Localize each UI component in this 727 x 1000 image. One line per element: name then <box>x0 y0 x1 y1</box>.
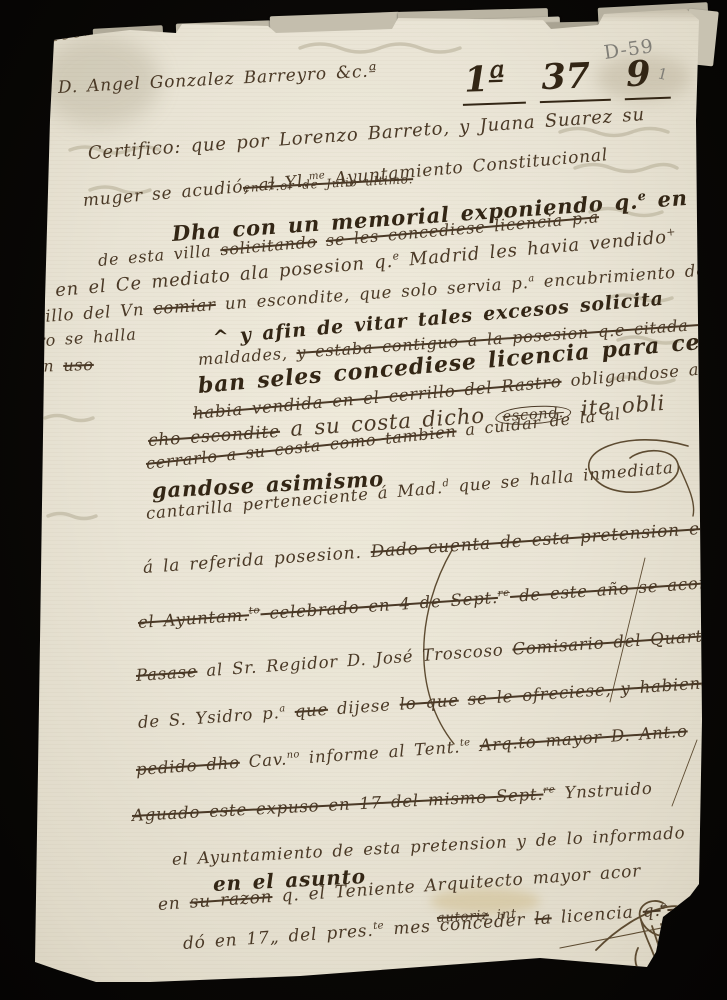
handwritten-text: en <box>646 185 689 213</box>
manuscript-line: en uso <box>33 355 94 376</box>
handwritten-text: tro se halla <box>29 325 137 351</box>
struck-text: Dado cuenta de esta pretension en <box>370 518 712 562</box>
struck-text: lo que <box>399 691 459 714</box>
handwritten-text: dijese <box>327 695 400 719</box>
handwritten-text: + <box>666 225 676 239</box>
struck-text: Arq.to mayor D. Ant.o <box>479 721 688 755</box>
handwritten-text: me <box>308 170 325 182</box>
handwritten-text: al Sr. Regidor D. José Troscoso <box>197 640 513 681</box>
struck-text: re <box>497 588 510 600</box>
struck-text: re <box>543 784 556 796</box>
struck-text: la <box>534 908 553 929</box>
manuscript-page: 1952 D-59 1 D. Angel Gonzalez Barreyro &… <box>0 0 727 1000</box>
struck-text: el Ayuntam. <box>137 605 249 632</box>
handwritten-text: que se halla inmediata <box>449 458 675 497</box>
text-layer: Certifico: que por Lorenzo Barreto, y Ju… <box>0 0 727 1000</box>
handwritten-text: muger se acudió, al Yl. <box>82 171 310 211</box>
manuscript-line: pedido dho Cav.no informe al Tent.te Arq… <box>135 721 688 779</box>
struck-text: su razon <box>189 887 273 913</box>
struck-text: pedia <box>667 896 727 920</box>
handwritten-text: mes conceder <box>384 909 536 939</box>
handwritten-text: en <box>33 356 64 376</box>
handwritten-text: Ayuntamiento Constitucional <box>325 145 609 190</box>
struck-text: to <box>248 605 260 617</box>
struck-text: uso <box>63 355 94 375</box>
manuscript-line: el Ayuntam.to celebrado en 4 de Sept.re … <box>137 572 727 632</box>
handwritten-text: á la referida posesion. <box>142 542 371 578</box>
struck-text: comiar <box>153 295 217 318</box>
struck-text: de este año se acordó <box>509 572 727 606</box>
manuscript-line: Pasase al Sr. Regidor D. José Troscoso C… <box>135 625 720 685</box>
handwritten-text: dó en 17„ del pres. <box>182 921 374 954</box>
manuscript-line: de S. Ysidro p.a que dijese lo que se le… <box>137 672 723 732</box>
manuscript-line: tro se halla <box>29 325 137 351</box>
manuscript-line: á la referida posesion. Dado cuenta de e… <box>142 518 712 578</box>
manuscript-line: el Ayuntamiento de esta pretension y de … <box>172 823 686 869</box>
struck-text: q. <box>642 901 661 922</box>
handwritten-text: rrillo del Vn <box>27 299 154 327</box>
manuscript-scan: 1952 D-59 1 D. Angel Gonzalez Barreyro &… <box>0 0 727 1000</box>
handwritten-text: Cav. <box>239 749 288 771</box>
handwritten-text: el Ayuntamiento de esta pretension y de … <box>172 823 686 869</box>
handwritten-text: te <box>373 920 384 932</box>
struck-text: pedido dho <box>135 753 240 779</box>
handwritten-text: Ynstruido <box>555 779 653 803</box>
handwritten-text: en <box>157 893 190 915</box>
manuscript-line: Aguado este expuso en 17 del mismo Sept.… <box>132 779 654 825</box>
struck-text: se le ofreciese, y habiendo <box>467 672 724 709</box>
handwritten-text: no <box>286 749 300 761</box>
struck-text: que <box>294 700 329 721</box>
struck-text: Comisario del Quartel <box>512 625 720 658</box>
handwritten-text: licencia <box>551 902 643 928</box>
handwritten-text: de S. Ysidro p. <box>137 703 280 732</box>
struck-text: celebrado en 4 de Sept. <box>260 588 499 624</box>
handwritten-text: informe al Tent. <box>299 737 461 767</box>
handwritten-text: encubrimiento de <box>534 261 707 292</box>
struck-text: Pasase <box>135 662 198 685</box>
struck-text: Aguado este expuso en 17 del mismo Sept. <box>132 784 544 825</box>
